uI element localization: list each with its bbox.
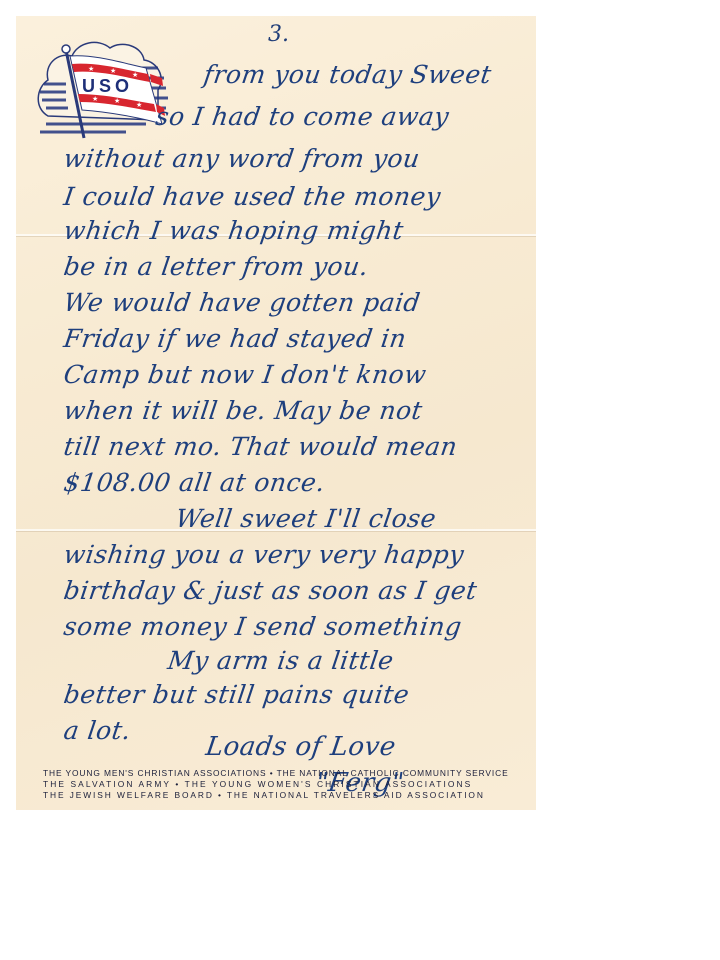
uso-flag-logo: ★★★ ★★★ USO bbox=[26, 28, 176, 140]
footer-row: THE YOUNG MEN'S CHRISTIAN ASSOCIATIONS •… bbox=[43, 768, 523, 779]
svg-text:★: ★ bbox=[110, 67, 116, 75]
handwriting-line: from you today Sweet bbox=[202, 60, 493, 89]
handwriting-line: wishing you a very very happy bbox=[62, 540, 466, 569]
svg-text:★: ★ bbox=[114, 97, 120, 105]
svg-text:★: ★ bbox=[88, 65, 94, 73]
svg-text:USO: USO bbox=[82, 76, 133, 96]
letterhead-footer: THE YOUNG MEN'S CHRISTIAN ASSOCIATIONS •… bbox=[43, 768, 523, 801]
handwriting-line: We would have gotten paid bbox=[62, 288, 422, 317]
svg-text:★: ★ bbox=[92, 95, 98, 103]
handwriting-line: Friday if we had stayed in bbox=[62, 324, 408, 353]
handwriting-line: Well sweet I'll close bbox=[174, 504, 438, 533]
handwriting-line: so I had to come away bbox=[154, 102, 451, 131]
handwriting-line: without any word from you bbox=[62, 144, 422, 173]
handwriting-line: I could have used the money bbox=[62, 182, 443, 211]
handwriting-line: better but still pains quite bbox=[62, 680, 411, 709]
handwriting-line: birthday & just as soon as I get bbox=[62, 576, 479, 605]
handwriting-line: which I was hoping might bbox=[62, 216, 406, 245]
uso-flag-icon: ★★★ ★★★ USO bbox=[26, 28, 176, 140]
handwriting-line: till next mo. That would mean bbox=[62, 432, 459, 461]
handwriting-line: some money I send something bbox=[62, 612, 464, 641]
page-number: 3. bbox=[268, 22, 289, 47]
handwriting-line: My arm is a little bbox=[166, 646, 396, 675]
handwriting-line: Camp but now I don't know bbox=[62, 360, 428, 389]
svg-text:★: ★ bbox=[136, 101, 142, 109]
footer-row: THE JEWISH WELFARE BOARD • THE NATIONAL … bbox=[43, 790, 523, 801]
closing: Loads of Love bbox=[204, 732, 398, 762]
handwriting-line: be in a letter from you. bbox=[62, 252, 370, 281]
handwriting-line: when it will be. May be not bbox=[62, 396, 424, 425]
footer-row: THE SALVATION ARMY • THE YOUNG WOMEN'S C… bbox=[43, 779, 523, 790]
handwriting-line: $108.00 all at once. bbox=[62, 468, 327, 497]
letter-page: ★★★ ★★★ USO 3. from you today Sweet so I… bbox=[16, 16, 536, 810]
handwriting-line: a lot. bbox=[62, 716, 133, 745]
